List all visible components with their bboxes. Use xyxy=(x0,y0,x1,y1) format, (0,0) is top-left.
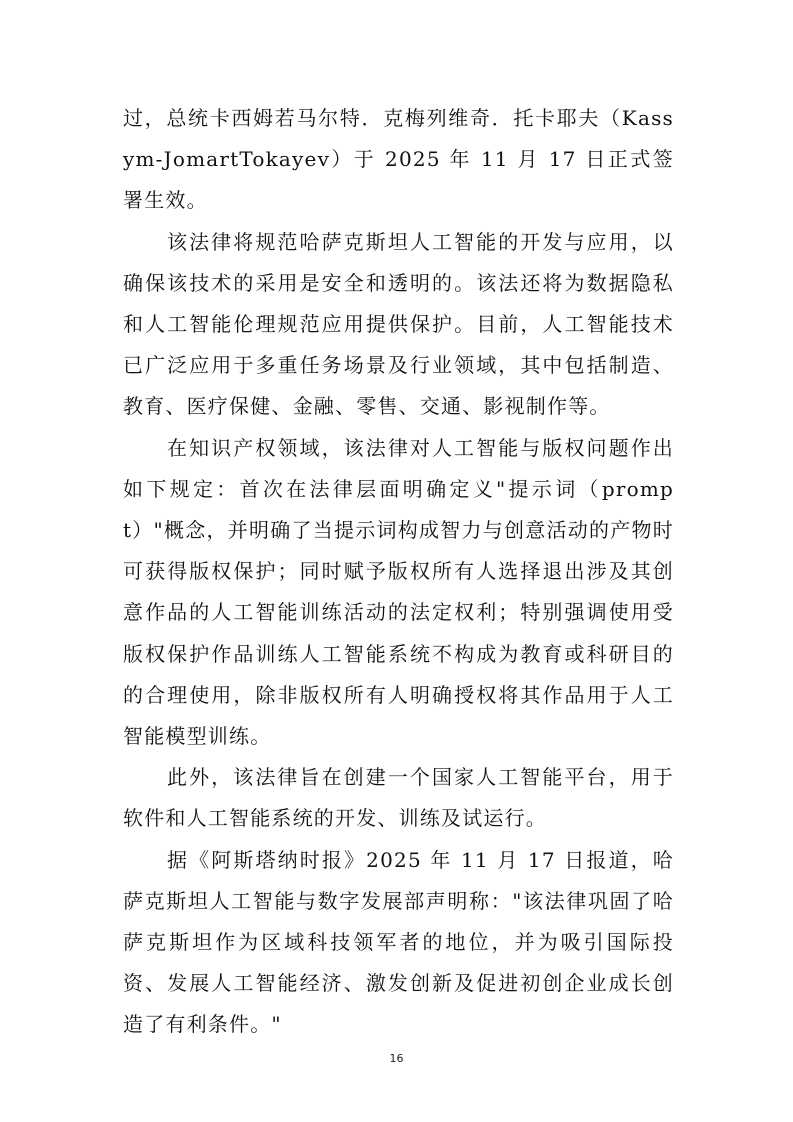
paragraph-signing-continuation: 过，总统卡西姆若马尔特．克梅列维奇．托卡耶夫（Kassym-JomartToka… xyxy=(123,98,674,222)
document-page: 过，总统卡西姆若马尔特．克梅列维奇．托卡耶夫（Kassym-JomartToka… xyxy=(123,98,674,1046)
paragraph-copyright-provisions: 在知识产权领域，该法律对人工智能与版权问题作出如下规定：首次在法律层面明确定义"… xyxy=(123,428,674,758)
paragraph-astana-times-quote: 据《阿斯塔纳时报》2025 年 11 月 17 日报道，哈萨克斯坦人工智能与数字… xyxy=(123,840,674,1046)
paragraph-national-platform: 此外，该法律旨在创建一个国家人工智能平台，用于软件和人工智能系统的开发、训练及试… xyxy=(123,757,674,839)
page-number: 16 xyxy=(0,1052,793,1065)
paragraph-law-scope: 该法律将规范哈萨克斯坦人工智能的开发与应用，以确保该技术的采用是安全和透明的。该… xyxy=(123,222,674,428)
